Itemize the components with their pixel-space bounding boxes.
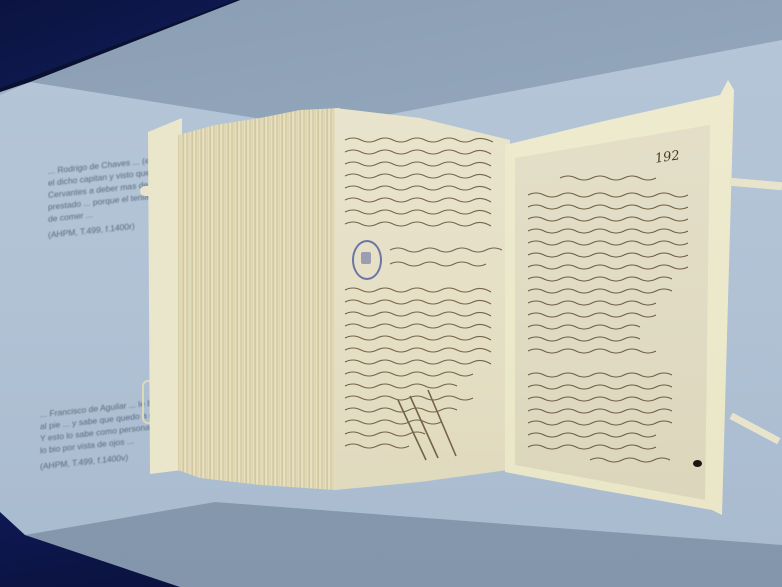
ink-blot — [693, 460, 702, 467]
manuscript-volume: 192 — [0, 0, 782, 587]
handwriting — [0, 0, 782, 587]
archive-stamp — [352, 240, 382, 280]
display-case-photo: ... Rodrigo de Chaves ... (el)dicho junt… — [0, 0, 782, 587]
